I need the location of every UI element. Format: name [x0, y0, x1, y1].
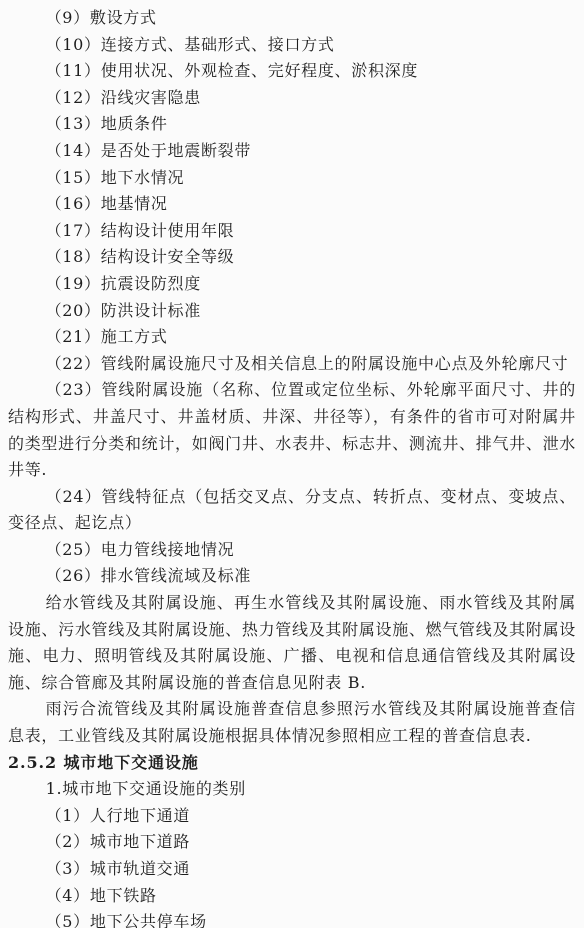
- list-item-22: （22）管线附属设施尺寸及相关信息上的附属设施中心点及外轮廓尺寸: [8, 351, 576, 378]
- list-item-16: （16）地基情况: [8, 191, 576, 218]
- list-item-4: （4）地下铁路: [8, 883, 576, 910]
- section-heading-2-5-2: 2.5.2 城市地下交通设施: [8, 750, 576, 777]
- list-item-5: （5）地下公共停车场: [8, 909, 576, 928]
- list-item-10: （10）连接方式、基础形式、接口方式: [8, 32, 576, 59]
- list-item-17: （17）结构设计使用年限: [8, 218, 576, 245]
- list-item-18: （18）结构设计安全等级: [8, 244, 576, 271]
- list-item-14: （14）是否处于地震断裂带: [8, 138, 576, 165]
- list-item-15: （15）地下水情况: [8, 165, 576, 192]
- list-item-12: （12）沿线灾害隐患: [8, 85, 576, 112]
- list-item-25: （25）电力管线接地情况: [8, 537, 576, 564]
- list-item-9: （9）敷设方式: [8, 5, 576, 32]
- list-item-13: （13）地质条件: [8, 111, 576, 138]
- list-item-1: （1）人行地下通道: [8, 803, 576, 830]
- list-item-21: （21）施工方式: [8, 324, 576, 351]
- list-item-11: （11）使用状况、外观检查、完好程度、淤积深度: [8, 58, 576, 85]
- subsection-title-categories: 1.城市地下交通设施的类别: [8, 776, 576, 803]
- list-item-26: （26）排水管线流域及标准: [8, 563, 576, 590]
- list-item-23: （23）管线附属设施（名称、位置或定位坐标、外轮廓平面尺寸、井的结构形式、井盖尺…: [8, 377, 576, 483]
- list-item-19: （19）抗震设防烈度: [8, 271, 576, 298]
- document-page: （9）敷设方式 （10）连接方式、基础形式、接口方式 （11）使用状况、外观检查…: [0, 0, 584, 928]
- list-item-2: （2）城市地下道路: [8, 829, 576, 856]
- list-item-24: （24）管线特征点（包括交叉点、分支点、转折点、变材点、变坡点、变径点、起讫点）: [8, 484, 576, 537]
- paragraph-combined-pipelines: 雨污合流管线及其附属设施普查信息参照污水管线及其附属设施普查信息表，工业管线及其…: [8, 696, 576, 749]
- list-item-20: （20）防洪设计标准: [8, 298, 576, 325]
- list-item-3: （3）城市轨道交通: [8, 856, 576, 883]
- paragraph-survey-info: 给水管线及其附属设施、再生水管线及其附属设施、雨水管线及其附属设施、污水管线及其…: [8, 590, 576, 696]
